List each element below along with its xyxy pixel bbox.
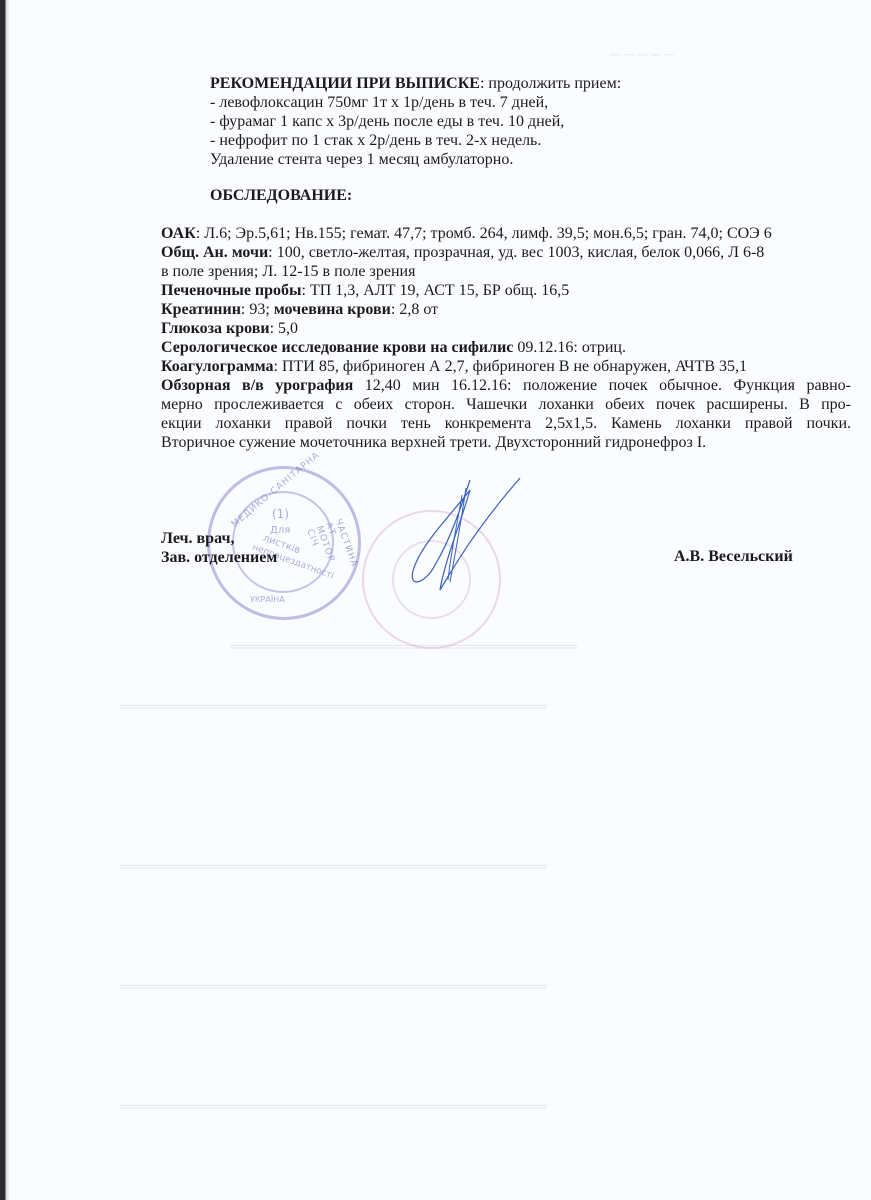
result-urography-cont: Вторичное сужение мочеточника верхней тр…	[161, 433, 851, 452]
recommendation-item: - левофлоксацин 750мг 1т х 1р/день в теч…	[210, 93, 621, 112]
result-label: Серологическое исследование крови на сиф…	[161, 339, 513, 356]
recommendation-note: Удаление стента через 1 месяц амбулаторн…	[210, 150, 621, 169]
bleed-through-text: ─ ─ ─ ─ ─	[610, 48, 674, 64]
result-value: : 5,0	[270, 320, 298, 337]
result-value: : ПТИ 85, фибриноген А 2,7, фибриноген В…	[274, 358, 748, 375]
result-value: : 100, светло-желтая, прозрачная, уд. ве…	[268, 244, 764, 261]
bleed-through-text: ════════════════════════════════════════…	[120, 700, 547, 716]
stamp-text: УКРАЇНА	[250, 595, 285, 604]
result-urine: Общ. Ан. мочи: 100, светло-желтая, прозр…	[161, 243, 851, 262]
result-label: мочевина крови	[274, 301, 391, 318]
bleed-through-text: ════════════════════════════════════════…	[120, 860, 547, 876]
result-label: Общ. Ан. мочи	[161, 244, 268, 261]
stamp-text: (1)	[272, 507, 289, 521]
bleed-through-text: ════════════════════════════════════════…	[120, 980, 547, 996]
result-label: Обзорная в/в урография	[161, 377, 353, 394]
result-label: Глюкоза крови	[161, 320, 270, 337]
result-glucose: Глюкоза крови: 5,0	[161, 319, 851, 338]
result-value: 09.12.16: отриц.	[513, 339, 626, 356]
result-value: : ТП 1,3, АЛТ 19, АСТ 15, БР общ. 16,5	[302, 282, 570, 299]
examination-title: ОБСЛЕДОВАНИЕ:	[210, 186, 352, 205]
department-head-label: Зав. отделением	[161, 548, 277, 567]
examination-results: ОАК: Л.6; Эр.5,61; Нв.155; гемат. 47,7; …	[161, 224, 851, 452]
signature-scribble	[400, 470, 530, 610]
result-urography-cont: мерно прослеживается с обеих сторон. Чаш…	[161, 395, 851, 414]
recommendation-item: - фурамаг 1 капс х 3р/день после еды в т…	[210, 112, 621, 131]
attending-physician-label: Леч. врач,	[161, 529, 277, 548]
recommendations-section: РЕКОМЕНДАЦИИ ПРИ ВЫПИСКЕ: продолжить при…	[210, 74, 621, 169]
recommendations-title: РЕКОМЕНДАЦИИ ПРИ ВЫПИСКЕ	[210, 75, 480, 92]
recommendations-intro: : продолжить прием:	[480, 75, 621, 92]
result-liver: Печеночные пробы: ТП 1,3, АЛТ 19, АСТ 15…	[161, 281, 851, 300]
result-value: : Л.6; Эр.5,61; Нв.155; гемат. 47,7; тро…	[196, 225, 772, 242]
bleed-through-text: ════════════════════════════════════════…	[120, 1100, 547, 1116]
recommendations-heading: РЕКОМЕНДАЦИИ ПРИ ВЫПИСКЕ: продолжить при…	[210, 74, 621, 93]
result-label: Креатинин	[161, 301, 241, 318]
result-urine-cont: в поле зрения; Л. 12-15 в поле зрения	[161, 262, 851, 281]
result-urography-cont: екции лоханки правой почки тень конкреме…	[161, 414, 851, 433]
result-label: ОАК	[161, 225, 196, 242]
scan-left-edge	[0, 0, 9, 1200]
result-urography: Обзорная в/в урография 12,40 мин 16.12.1…	[161, 376, 851, 395]
department-head-name: А.В. Весельский	[674, 548, 793, 566]
result-label: Печеночные пробы	[161, 282, 302, 299]
result-coag: Коагулограмма: ПТИ 85, фибриноген А 2,7,…	[161, 357, 851, 376]
result-value: : 93;	[241, 301, 274, 318]
result-oak: ОАК: Л.6; Эр.5,61; Нв.155; гемат. 47,7; …	[161, 224, 851, 243]
result-serology: Серологическое исследование крови на сиф…	[161, 338, 851, 357]
result-label: Коагулограмма	[161, 358, 274, 375]
signature-block: Леч. врач, Зав. отделением	[161, 529, 277, 567]
result-value: 12,40 мин 16.12.16: положение почек обыч…	[353, 377, 851, 394]
result-creatinine: Креатинин: 93; мочевина крови: 2,8 от	[161, 300, 851, 319]
result-value: : 2,8 от	[391, 301, 438, 318]
recommendation-item: - нефрофит по 1 стак х 2р/день в теч. 2-…	[210, 131, 621, 150]
